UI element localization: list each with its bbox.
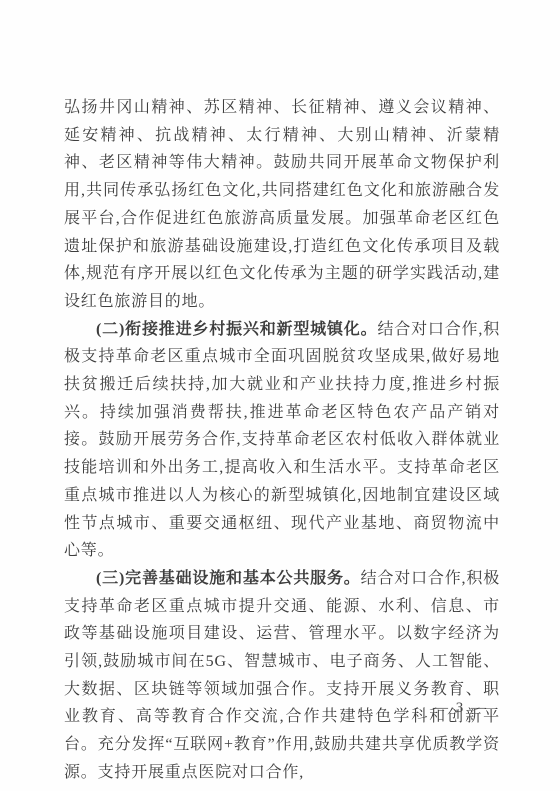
document-page: 弘扬井冈山精神、苏区精神、长征精神、遵义会议精神、延安精神、抗战精神、太行精神、… — [0, 0, 560, 791]
paragraph-continuation: 弘扬井冈山精神、苏区精神、长征精神、遵义会议精神、延安精神、抗战精神、太行精神、… — [64, 94, 500, 316]
paragraph-text: 结合对口合作,积极支持革命老区重点城市提升交通、能源、水利、信息、市政等基础设施… — [64, 570, 500, 781]
document-body: 弘扬井冈山精神、苏区精神、长征精神、遵义会议精神、延安精神、抗战精神、太行精神、… — [64, 94, 500, 787]
section-heading: (二)衔接推进乡村振兴和新型城镇化。 — [96, 321, 377, 338]
section-heading: (三)完善基础设施和基本公共服务。 — [96, 570, 361, 587]
paragraph-section-3: (三)完善基础设施和基本公共服务。结合对口合作,积极支持革命老区重点城市提升交通… — [64, 565, 500, 787]
paragraph-text: 弘扬井冈山精神、苏区精神、长征精神、遵义会议精神、延安精神、抗战精神、太行精神、… — [64, 99, 500, 310]
page-number: — 3 — — [433, 700, 488, 717]
paragraph-section-2: (二)衔接推进乡村振兴和新型城镇化。结合对口合作,积极支持革命老区重点城市全面巩… — [64, 316, 500, 565]
paragraph-text: 结合对口合作,积极支持革命老区重点城市全面巩固脱贫攻坚成果,做好易地扶贫搬迁后续… — [64, 321, 500, 560]
